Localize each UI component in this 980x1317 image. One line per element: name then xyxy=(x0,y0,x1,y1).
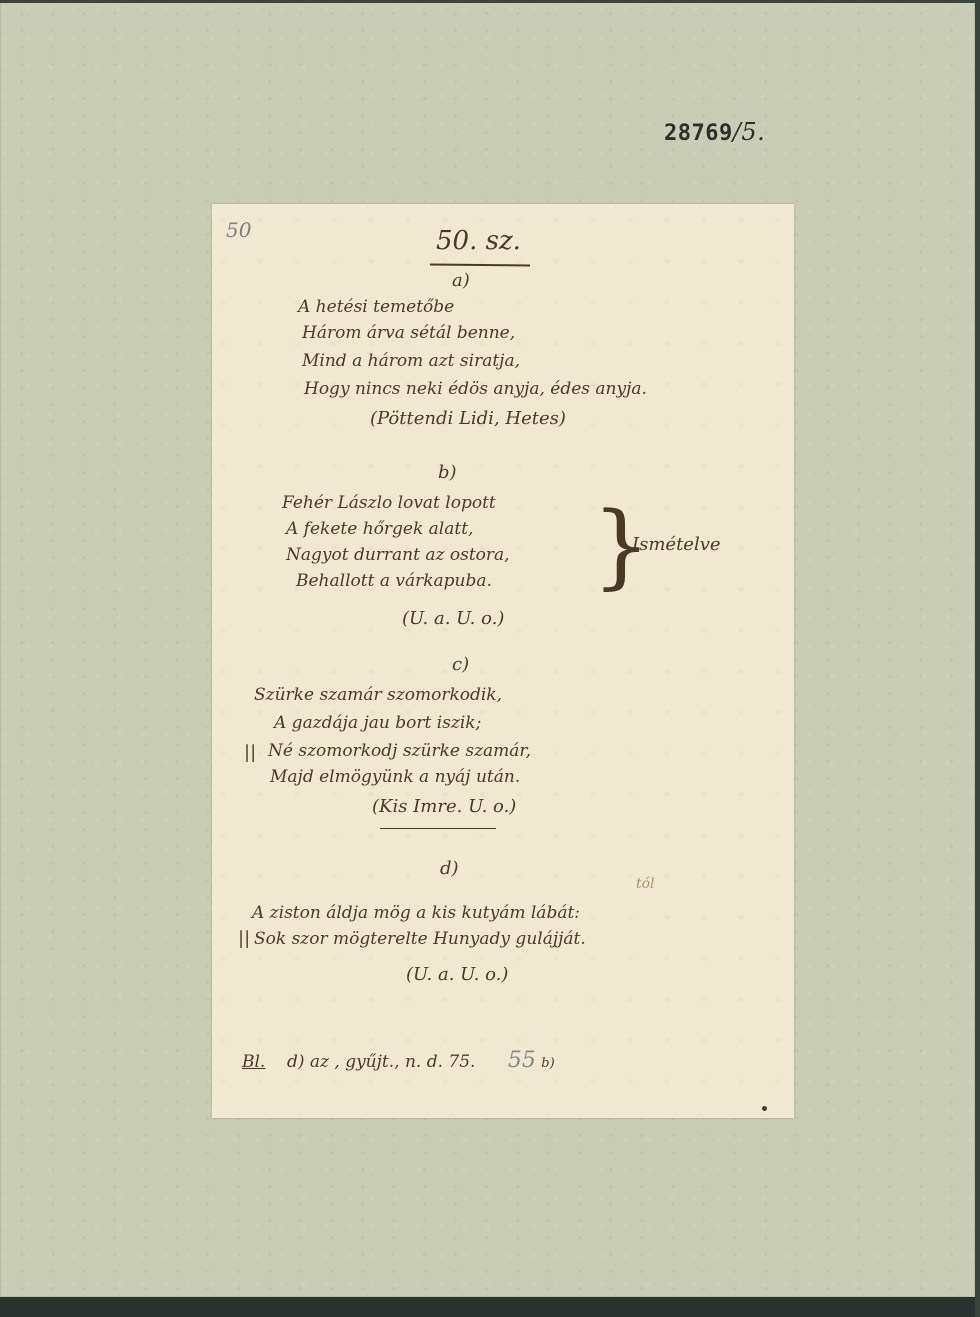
section-b-line-3: Nagyot durrant az ostora, xyxy=(286,544,510,566)
section-a-line-3: Mind a három azt siratja, xyxy=(302,350,520,372)
section-c-line-2: A gazdája jau bort iszik; xyxy=(274,712,481,734)
manuscript-title: 50. sz. xyxy=(436,226,521,256)
footer-text: d) az , gyűjt., n. d. 75. xyxy=(287,1052,475,1072)
footer-annotation: Bl. d) az , gyűjt., n. d. 75. 55 b) xyxy=(242,1048,555,1073)
inventory-number-main: 28769 xyxy=(664,121,733,146)
manuscript-sheet: 50 50. sz. a) A hetési temetőbe Három ár… xyxy=(212,204,794,1118)
section-d-correction: tól xyxy=(636,876,655,892)
section-a-line-1: A hetési temetőbe xyxy=(298,296,454,318)
section-d-line-1: A ziston áldja mög a kis kutyám lábát: xyxy=(252,902,580,924)
section-c-line-3: Né szomorkodj szürke szamár, xyxy=(268,740,531,762)
footer-pencil-ref: 55 xyxy=(508,1048,536,1073)
section-b-line-4: Behallott a várkapuba. xyxy=(296,570,492,592)
footer-prefix: Bl. xyxy=(242,1052,265,1072)
section-d-repeat-mark: || xyxy=(238,928,250,949)
section-d-line-2: Sok szor mögterelte Hunyady gulájját. xyxy=(254,928,586,950)
section-b-line-2: A fekete hőrgek alatt, xyxy=(286,518,473,540)
section-a-source: (Pöttendi Lidi, Hetes) xyxy=(370,408,566,429)
section-d-label: d) xyxy=(440,858,459,879)
section-c-source: (Kis Imre. U. o.) xyxy=(372,796,516,817)
scan-border-top xyxy=(0,0,980,3)
section-c-line-4: Majd elmögyünk a nyáj után. xyxy=(270,766,520,788)
title-underline xyxy=(430,263,530,266)
section-a-label: a) xyxy=(452,270,470,291)
section-b-brace-note: Ismételve xyxy=(632,534,721,555)
inventory-number-suffix: /5. xyxy=(733,118,765,146)
inventory-number: 28769/5. xyxy=(664,118,765,146)
section-b-line-1: Fehér Lászlo lovat lopott xyxy=(282,492,496,514)
section-a-line-4: Hogy nincs neki édös anyja, édes anyja. xyxy=(304,378,647,400)
section-a-line-2: Három árva sétál benne, xyxy=(302,322,515,344)
section-c-line-1: Szürke szamár szomorkodik, xyxy=(254,684,502,706)
section-b-source: (U. a. U. o.) xyxy=(402,608,504,629)
section-d-source: (U. a. U. o.) xyxy=(406,964,508,985)
pencil-page-number: 50 xyxy=(226,218,251,242)
section-c-source-underline xyxy=(380,828,496,829)
section-c-repeat-mark: || xyxy=(244,742,256,763)
ink-spot xyxy=(762,1106,767,1111)
section-c-label: c) xyxy=(452,654,469,675)
scan-border-right xyxy=(975,0,980,1317)
footer-suffix: b) xyxy=(541,1056,554,1071)
section-b-label: b) xyxy=(438,462,457,483)
